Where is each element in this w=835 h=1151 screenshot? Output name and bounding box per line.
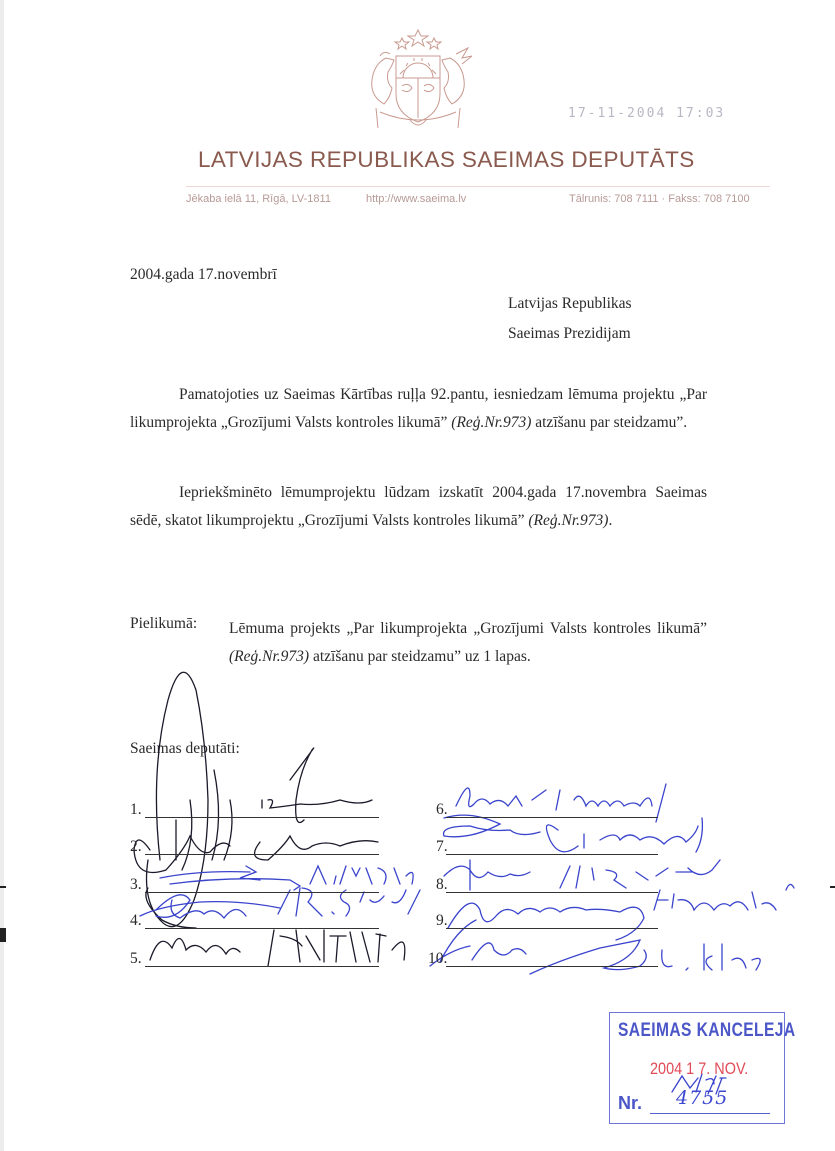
stamp-number-value: 4755 — [676, 1087, 728, 1109]
paragraph-2-text: Iepriekšminēto lēmumprojektu lūdzam izsk… — [130, 484, 707, 529]
letterhead-divider — [186, 186, 770, 187]
signature-line — [446, 854, 658, 855]
recipient: Latvijas Republikas Saeimas Prezidijam — [508, 289, 632, 349]
letter-date: 2004.gada 17.novembrī — [130, 266, 277, 284]
signature-number: 2. — [130, 838, 142, 856]
scan-mark — [0, 928, 6, 942]
signature-number: 3. — [130, 876, 142, 894]
signature-number: 1. — [130, 801, 142, 819]
stamp-title: SAEIMAS KANCELEJA — [618, 1020, 796, 1042]
scan-mark — [830, 886, 835, 888]
signature-line — [446, 928, 658, 929]
stamp-number-label: Nr. — [618, 1093, 642, 1114]
letterhead-title: LATVIJAS REPUBLIKAS SAEIMAS DEPUTĀTS — [198, 147, 695, 173]
scan-mark — [0, 886, 6, 888]
recipient-line-1: Latvijas Republikas — [508, 289, 632, 319]
fax-timestamp: 17-11-2004 17:03 — [568, 106, 725, 121]
signature-line — [145, 854, 379, 855]
signature-number: 10. — [428, 950, 447, 968]
stamp-date: 2004 1 7. NOV. — [650, 1059, 748, 1079]
attachment-text-end: atzīšanu par steidzamu” uz 1 lapas. — [309, 648, 531, 665]
attachment-label: Pielikumā: — [130, 615, 197, 633]
stamp-number-line — [650, 1113, 770, 1114]
letterhead-address: Jēkaba ielā 11, Rīgā, LV-1811 — [186, 193, 331, 205]
attachment-text-start: Lēmuma projekts „Par likumprojekta „Groz… — [229, 620, 707, 637]
paragraph-2: Iepriekšminēto lēmumprojektu lūdzam izsk… — [130, 479, 707, 535]
latvia-coat-of-arms-icon — [356, 28, 480, 133]
paragraph-2-text-end: . — [608, 512, 612, 529]
registration-number: (Reģ.Nr.973) — [451, 414, 531, 431]
signature-line — [145, 892, 379, 893]
paragraph-1-text-end: atzīšanu par steidzamu”. — [531, 414, 687, 431]
signature-number: 4. — [130, 912, 142, 930]
signatories-heading: Saeimas deputāti: — [130, 740, 240, 758]
registration-number: (Reģ.Nr.973) — [229, 648, 309, 665]
chancellery-stamp: SAEIMAS KANCELEJA 2004 1 7. NOV. Nr. 475… — [609, 1012, 785, 1124]
signature-line — [145, 817, 379, 818]
letterhead-phone-fax: Tālrunis: 708 7111 · Fakss: 708 7100 — [569, 193, 750, 205]
signature-line — [446, 892, 658, 893]
signature-line — [446, 966, 658, 967]
paragraph-1: Pamatojoties uz Saeimas Kārtības ruļļa 9… — [130, 381, 707, 437]
letterhead-website: http://www.saeima.lv — [366, 193, 466, 205]
recipient-line-2: Saeimas Prezidijam — [508, 319, 632, 349]
signature-number: 5. — [130, 950, 142, 968]
registration-number: (Reģ.Nr.973) — [528, 512, 608, 529]
attachment-text: Lēmuma projekts „Par likumprojekta „Groz… — [229, 615, 707, 671]
scan-edge — [0, 0, 4, 1151]
signature-line — [145, 928, 379, 929]
signature-line — [446, 817, 658, 818]
signature-line — [145, 966, 379, 967]
